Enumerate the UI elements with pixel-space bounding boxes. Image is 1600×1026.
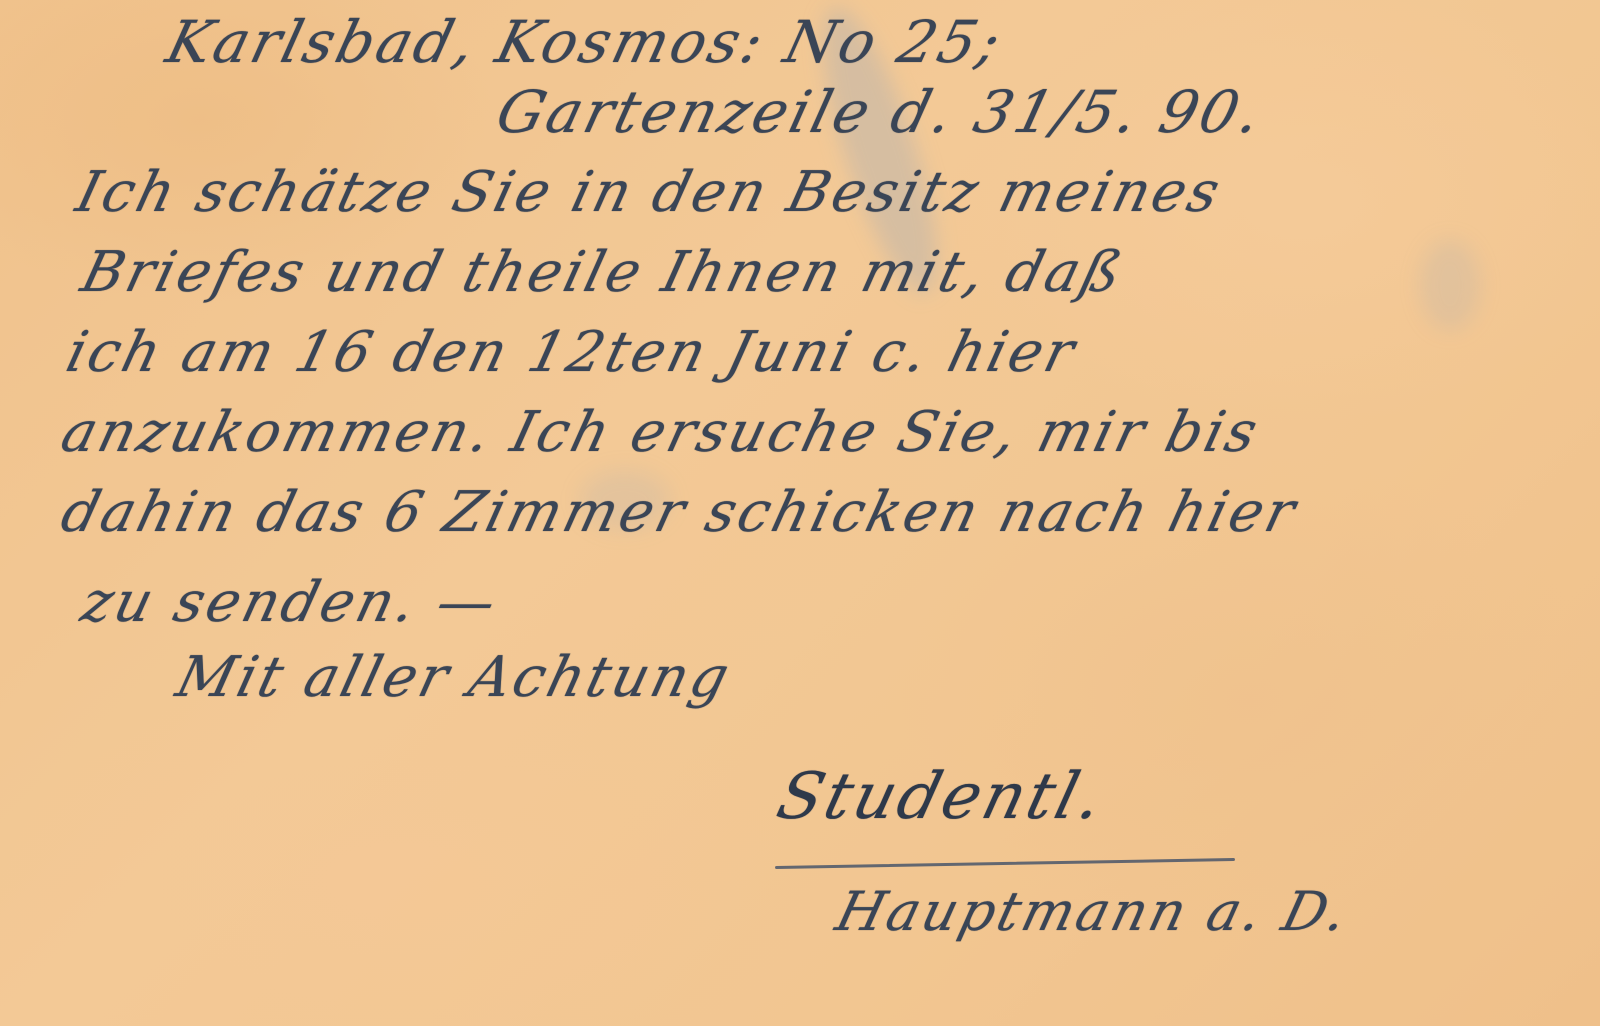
closing-line: Mit aller Achtung [170,645,738,710]
postcard: Karlsbad, Kosmos: No 25; Gartenzeile d. … [0,0,1600,1026]
ink-smear [1420,240,1480,330]
body-line: Briefes und theile Ihnen mit, daß [75,240,1131,305]
address-line: Karlsbad, Kosmos: No 25; [160,8,1010,76]
signer-title: Hauptmann a. D. [830,880,1356,943]
body-line: Ich schätze Sie in den Besitz meines [70,160,1229,225]
date-line: Gartenzeile d. 31/5. 90. [490,78,1271,146]
signature-underline [775,858,1235,869]
signature: Studentl. [770,760,1113,834]
body-line: anzukommen. Ich ersuche Sie, mir bis [55,400,1266,465]
body-line: zu senden. — [75,570,505,635]
body-line: dahin das 6 Zimmer schicken nach hier [55,480,1304,545]
body-line: ich am 16 den 12ten Juni c. hier [60,320,1083,385]
